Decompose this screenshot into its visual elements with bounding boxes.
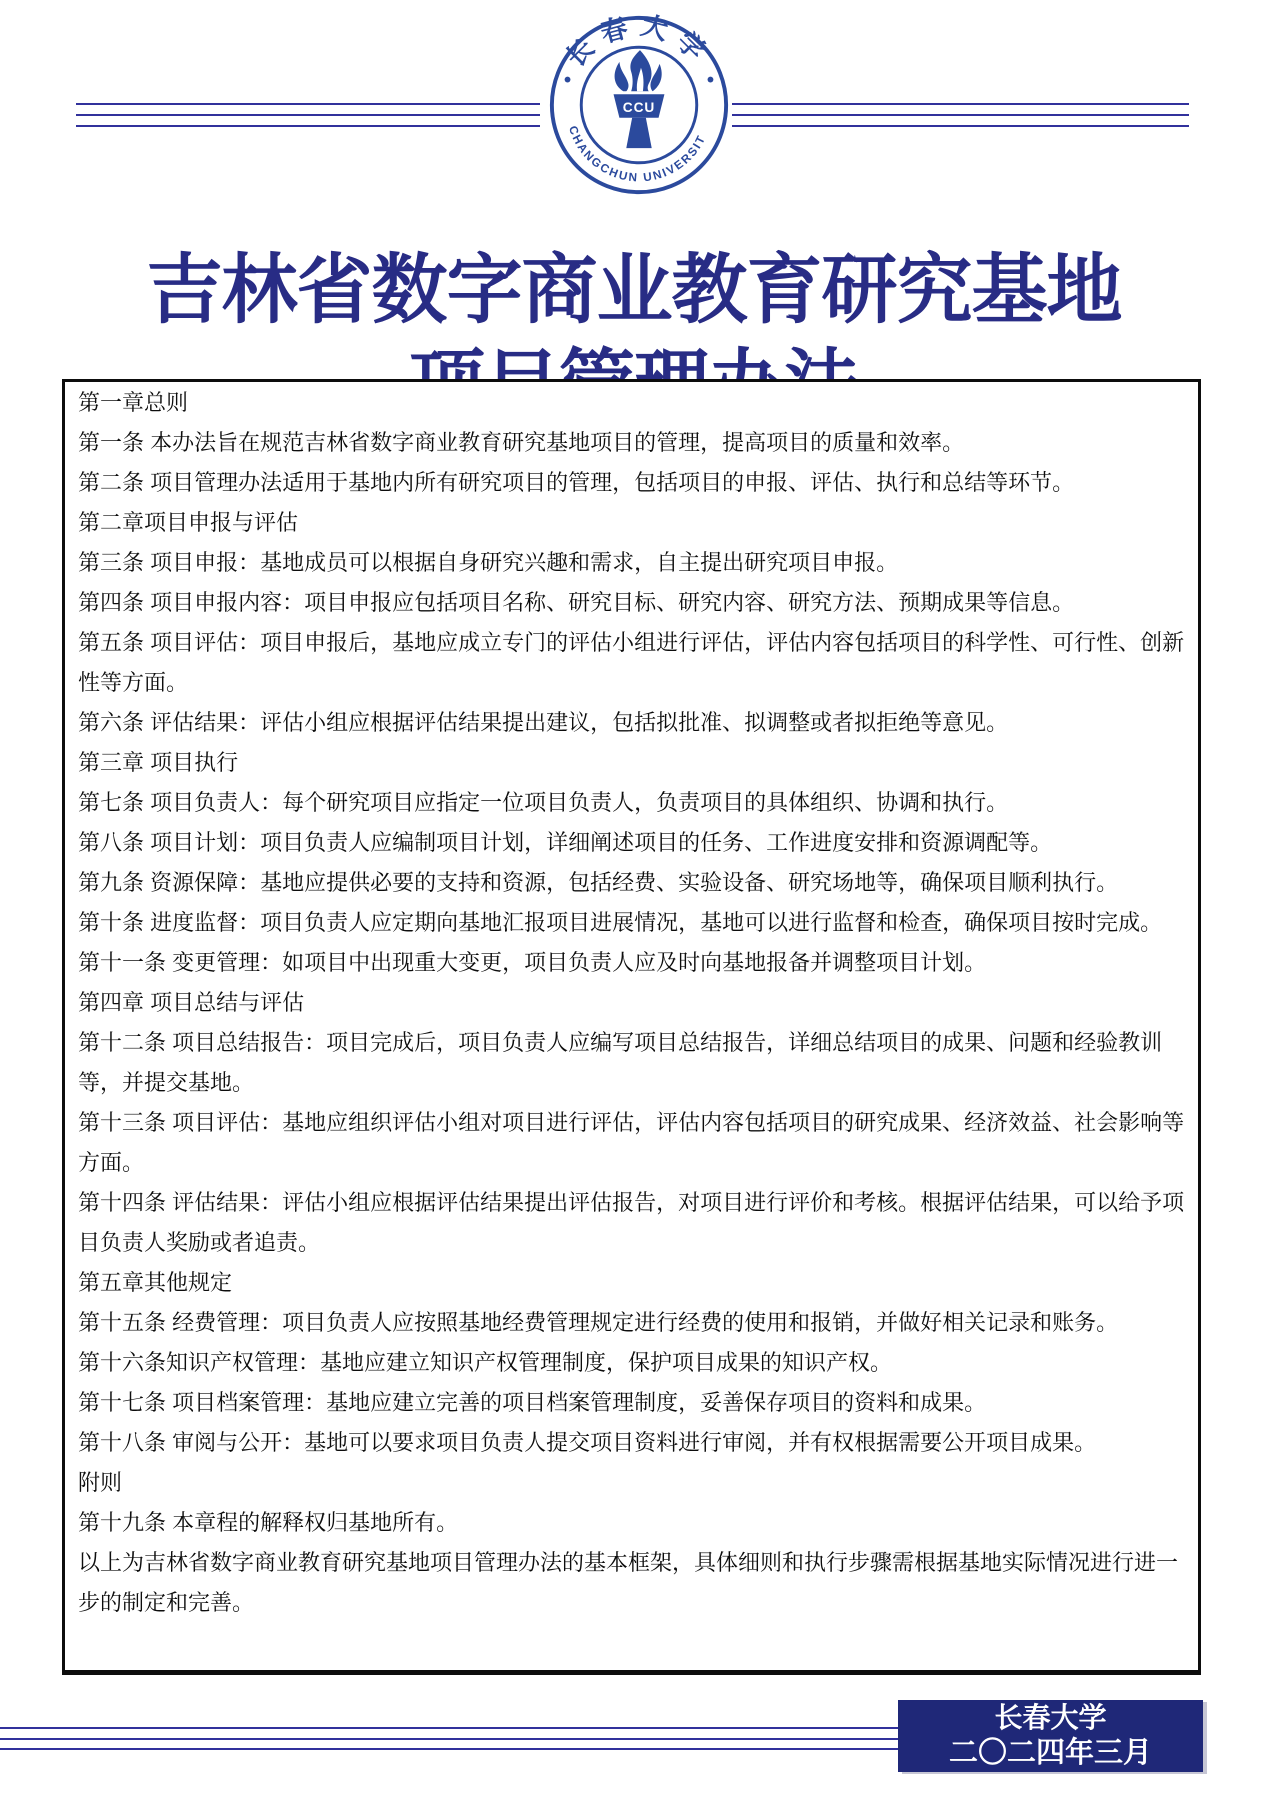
document-page: 长春大学 CHANGCHUN UNIVERSITY CCU 吉林省数字商业教育研… — [0, 0, 1268, 1793]
article-paragraph: 第十一条 变更管理：如项目中出现重大变更，项目负责人应及时向基地报备并调整项目计… — [78, 943, 1190, 983]
document-body-box: 第一章总则 第一条 本办法旨在规范吉林省数字商业教育研究基地项目的管理，提高项目… — [62, 379, 1201, 1675]
article-paragraph: 第六条 评估结果：评估小组应根据评估结果提出建议，包括拟批准、拟调整或者拟拒绝等… — [78, 703, 1190, 743]
seal-right-dot-icon — [708, 77, 714, 83]
footer-date: 二〇二四年三月 — [898, 1737, 1203, 1769]
article-paragraph: 第十五条 经费管理：项目负责人应按照基地经费管理规定进行经费的使用和报销，并做好… — [78, 1303, 1190, 1343]
chapter-heading: 第五章其他规定 — [78, 1263, 1190, 1303]
closing-paragraph: 以上为吉林省数字商业教育研究基地项目管理办法的基本框架，具体细则和执行步骤需根据… — [78, 1543, 1190, 1623]
article-paragraph: 第十六条知识产权管理：基地应建立知识产权管理制度，保护项目成果的知识产权。 — [78, 1343, 1190, 1383]
seal-acronym: CCU — [623, 100, 656, 115]
header-rule — [76, 103, 540, 105]
university-seal-logo: 长春大学 CHANGCHUN UNIVERSITY CCU — [546, 12, 732, 198]
chapter-heading: 第二章项目申报与评估 — [78, 503, 1190, 543]
header-rule — [76, 125, 540, 127]
footer-stamp: 长春大学 二〇二四年三月 — [898, 1700, 1203, 1772]
article-paragraph: 第三条 项目申报：基地成员可以根据自身研究兴趣和需求，自主提出研究项目申报。 — [78, 543, 1190, 583]
header-rule — [732, 125, 1189, 127]
article-paragraph: 第二条 项目管理办法适用于基地内所有研究项目的管理，包括项目的申报、评估、执行和… — [78, 463, 1190, 503]
header-rule — [732, 103, 1189, 105]
chapter-heading: 第一章总则 — [78, 383, 1190, 423]
seal-left-dot-icon — [565, 77, 571, 83]
article-paragraph: 第十条 进度监督：项目负责人应定期向基地汇报项目进展情况，基地可以进行监督和检查… — [78, 903, 1190, 943]
article-paragraph: 第十九条 本章程的解释权归基地所有。 — [78, 1503, 1190, 1543]
article-paragraph: 第十三条 项目评估：基地应组织评估小组对项目进行评估，评估内容包括项目的研究成果… — [78, 1103, 1190, 1183]
chapter-heading: 第三章 项目执行 — [78, 743, 1190, 783]
header-rule — [76, 114, 540, 116]
article-paragraph: 第八条 项目计划：项目负责人应编制项目计划，详细阐述项目的任务、工作进度安排和资… — [78, 823, 1190, 863]
title-line-1: 吉林省数字商业教育研究基地 — [0, 244, 1268, 339]
article-paragraph: 第一条 本办法旨在规范吉林省数字商业教育研究基地项目的管理，提高项目的质量和效率… — [78, 423, 1190, 463]
article-paragraph: 第十四条 评估结果：评估小组应根据评估结果提出评估报告，对项目进行评价和考核。根… — [78, 1183, 1190, 1263]
footer-university-name: 长春大学 — [898, 1701, 1203, 1737]
header-rule — [732, 114, 1189, 116]
article-paragraph: 第十八条 审阅与公开：基地可以要求项目负责人提交项目资料进行审阅，并有权根据需要… — [78, 1423, 1190, 1463]
article-paragraph: 第九条 资源保障：基地应提供必要的支持和资源，包括经费、实验设备、研究场地等，确… — [78, 863, 1190, 903]
article-paragraph: 第十二条 项目总结报告：项目完成后，项目负责人应编写项目总结报告，详细总结项目的… — [78, 1023, 1190, 1103]
appendix-heading: 附则 — [78, 1463, 1190, 1503]
article-paragraph: 第十七条 项目档案管理：基地应建立完善的项目档案管理制度，妥善保存项目的资料和成… — [78, 1383, 1190, 1423]
article-paragraph: 第四条 项目申报内容：项目申报应包括项目名称、研究目标、研究内容、研究方法、预期… — [78, 583, 1190, 623]
article-paragraph: 第五条 项目评估：项目申报后，基地应成立专门的评估小组进行评估，评估内容包括项目… — [78, 623, 1190, 703]
article-paragraph: 第七条 项目负责人：每个研究项目应指定一位项目负责人，负责项目的具体组织、协调和… — [78, 783, 1190, 823]
chapter-heading: 第四章 项目总结与评估 — [78, 983, 1190, 1023]
